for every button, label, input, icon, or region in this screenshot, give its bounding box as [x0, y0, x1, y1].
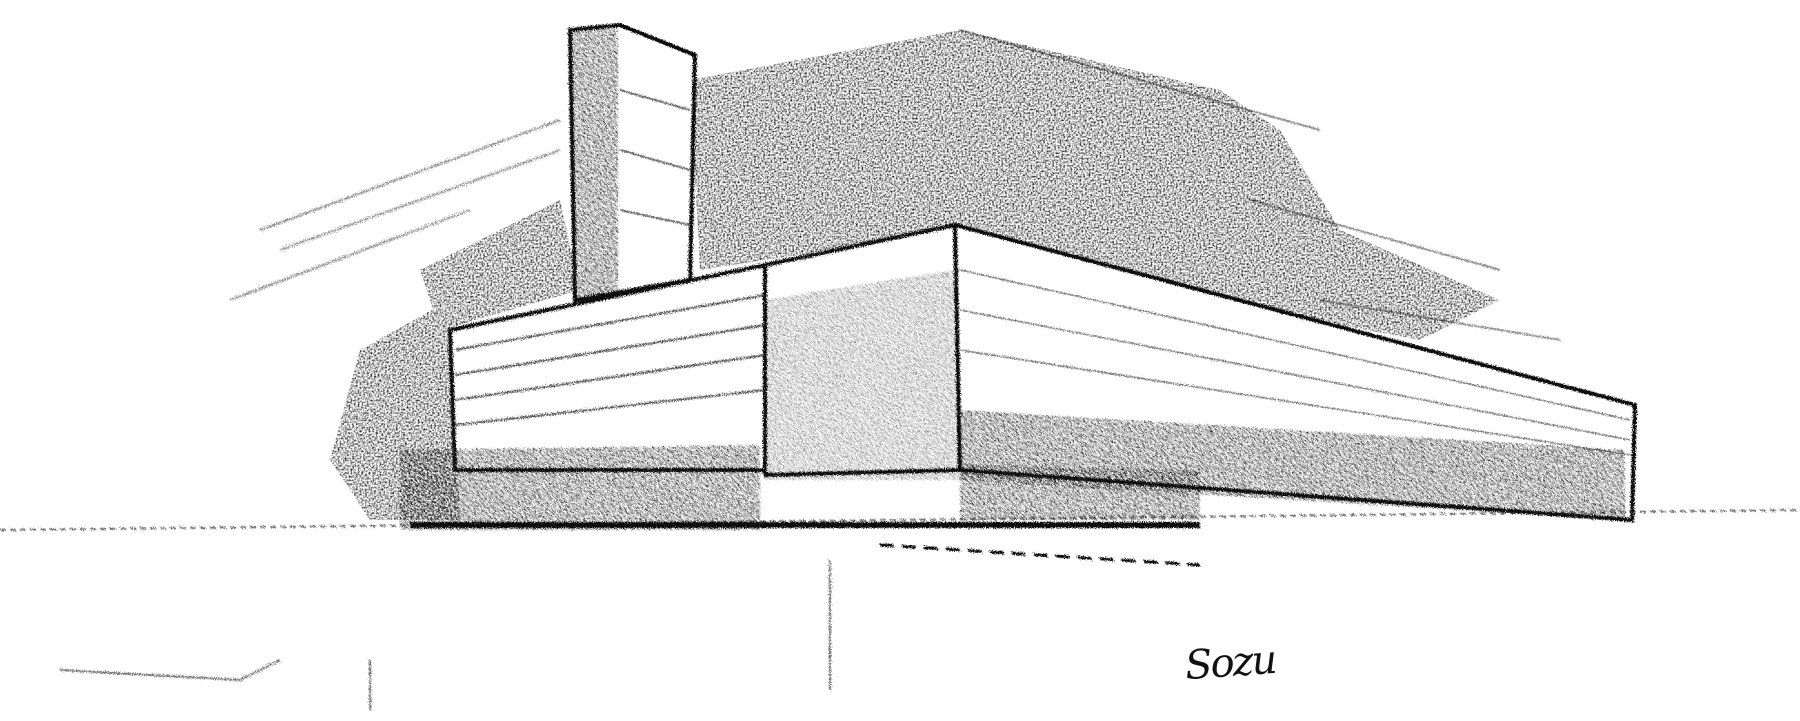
ground-line — [0, 510, 1800, 565]
center-block — [765, 225, 960, 480]
chimney — [570, 25, 695, 300]
building-sketch — [0, 0, 1800, 721]
lower-sketch-marks — [60, 560, 830, 710]
artist-signature: Sozu — [1184, 637, 1277, 689]
